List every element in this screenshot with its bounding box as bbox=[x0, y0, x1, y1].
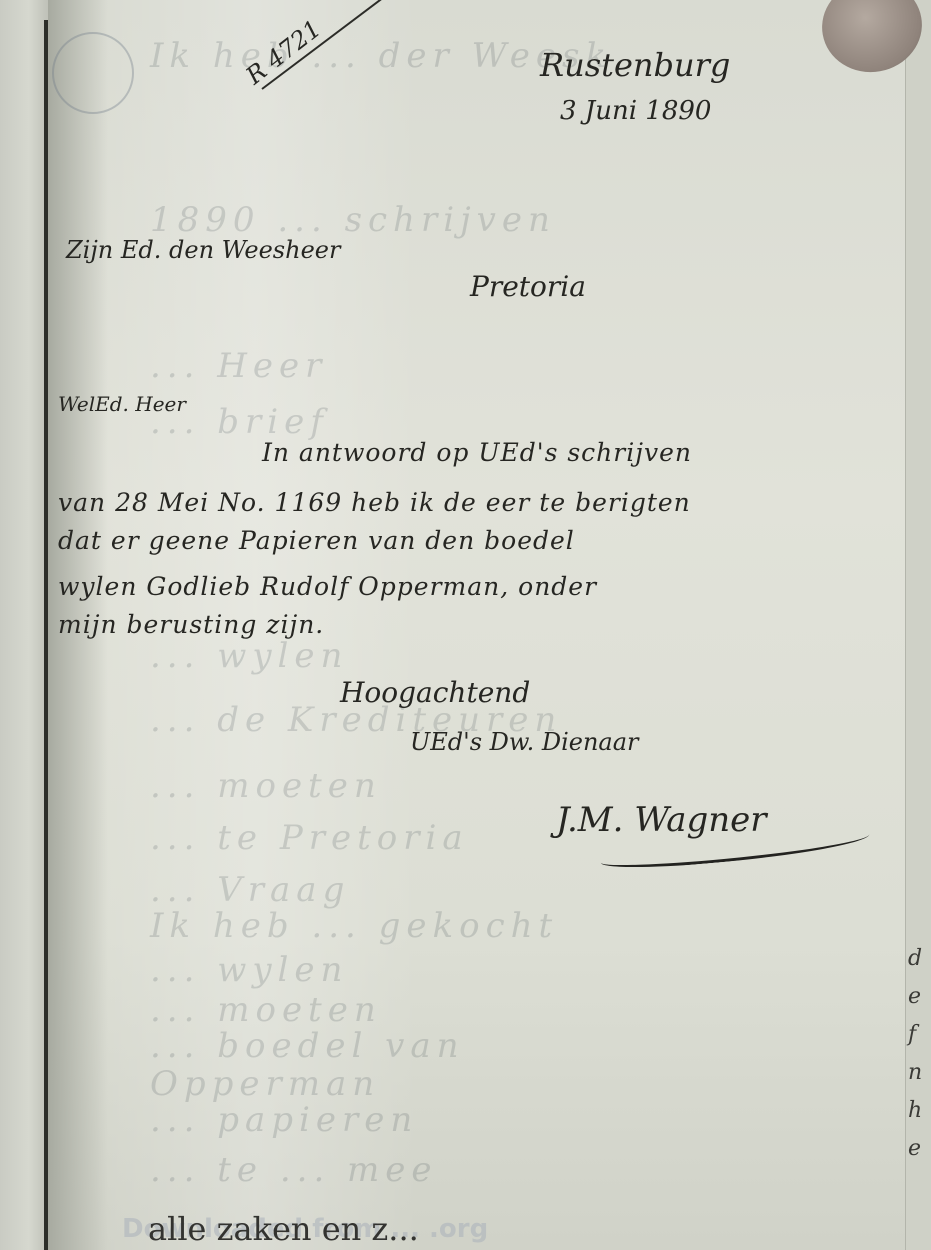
margin-letter: n bbox=[908, 1054, 930, 1092]
bleed-through-text: Opperman bbox=[150, 1064, 890, 1098]
bleed-through-text: ... moeten bbox=[150, 766, 890, 800]
bleed-through-text: ... Heer bbox=[150, 346, 890, 380]
body-line: In antwoord op UEd's schrijven bbox=[262, 438, 692, 467]
archive-stamp-icon bbox=[52, 32, 134, 114]
body-line: wylen Godlieb Rudolf Opperman, onder bbox=[58, 572, 597, 601]
bleed-through-text: ... Vraag bbox=[150, 870, 890, 904]
margin-letter: d bbox=[908, 940, 930, 978]
bleed-through-text: ... boedel van bbox=[150, 1026, 890, 1060]
bleed-through-text: Ik heb ... gekocht bbox=[150, 906, 890, 940]
salutation: WelEd. Heer bbox=[58, 392, 186, 416]
addressee-line-2: Pretoria bbox=[470, 270, 586, 303]
servant-line: UEd's Dw. Dienaar bbox=[410, 728, 639, 756]
facing-left-page bbox=[0, 0, 48, 1250]
signature: J.M. Wagner bbox=[556, 800, 767, 840]
body-line: mijn berusting zijn. bbox=[58, 610, 324, 639]
bleed-through-text: ... papieren bbox=[150, 1100, 890, 1134]
body-line: dat er geene Papieren van den boedel bbox=[58, 526, 575, 555]
next-page-partial-text: alle zaken en z... bbox=[148, 1210, 419, 1248]
bleed-through-text: ... wylen bbox=[150, 950, 890, 984]
margin-letter: f bbox=[908, 1016, 930, 1054]
addressee-line-1: Zijn Ed. den Weesheer bbox=[66, 236, 340, 264]
body-line: van 28 Mei No. 1169 heb ik de eer te ber… bbox=[58, 488, 691, 517]
margin-letter: e bbox=[908, 1130, 930, 1168]
margin-letter: e bbox=[908, 978, 930, 1016]
bleed-through-text: 1890 ... schrijven bbox=[150, 200, 890, 234]
bleed-through-text: ... te ... mee bbox=[150, 1150, 890, 1184]
bleed-through-text: ... wylen bbox=[150, 636, 890, 670]
letter-place: Rustenburg bbox=[540, 46, 730, 84]
margin-letter: h bbox=[908, 1092, 930, 1130]
bleed-through-text: ... brief bbox=[150, 402, 890, 436]
bleed-through-text: ... moeten bbox=[150, 990, 890, 1024]
right-page-margin-text: d e f n h e bbox=[908, 940, 930, 1168]
closing: Hoogachtend bbox=[340, 676, 530, 709]
letter-date: 3 Juni 1890 bbox=[560, 96, 711, 126]
